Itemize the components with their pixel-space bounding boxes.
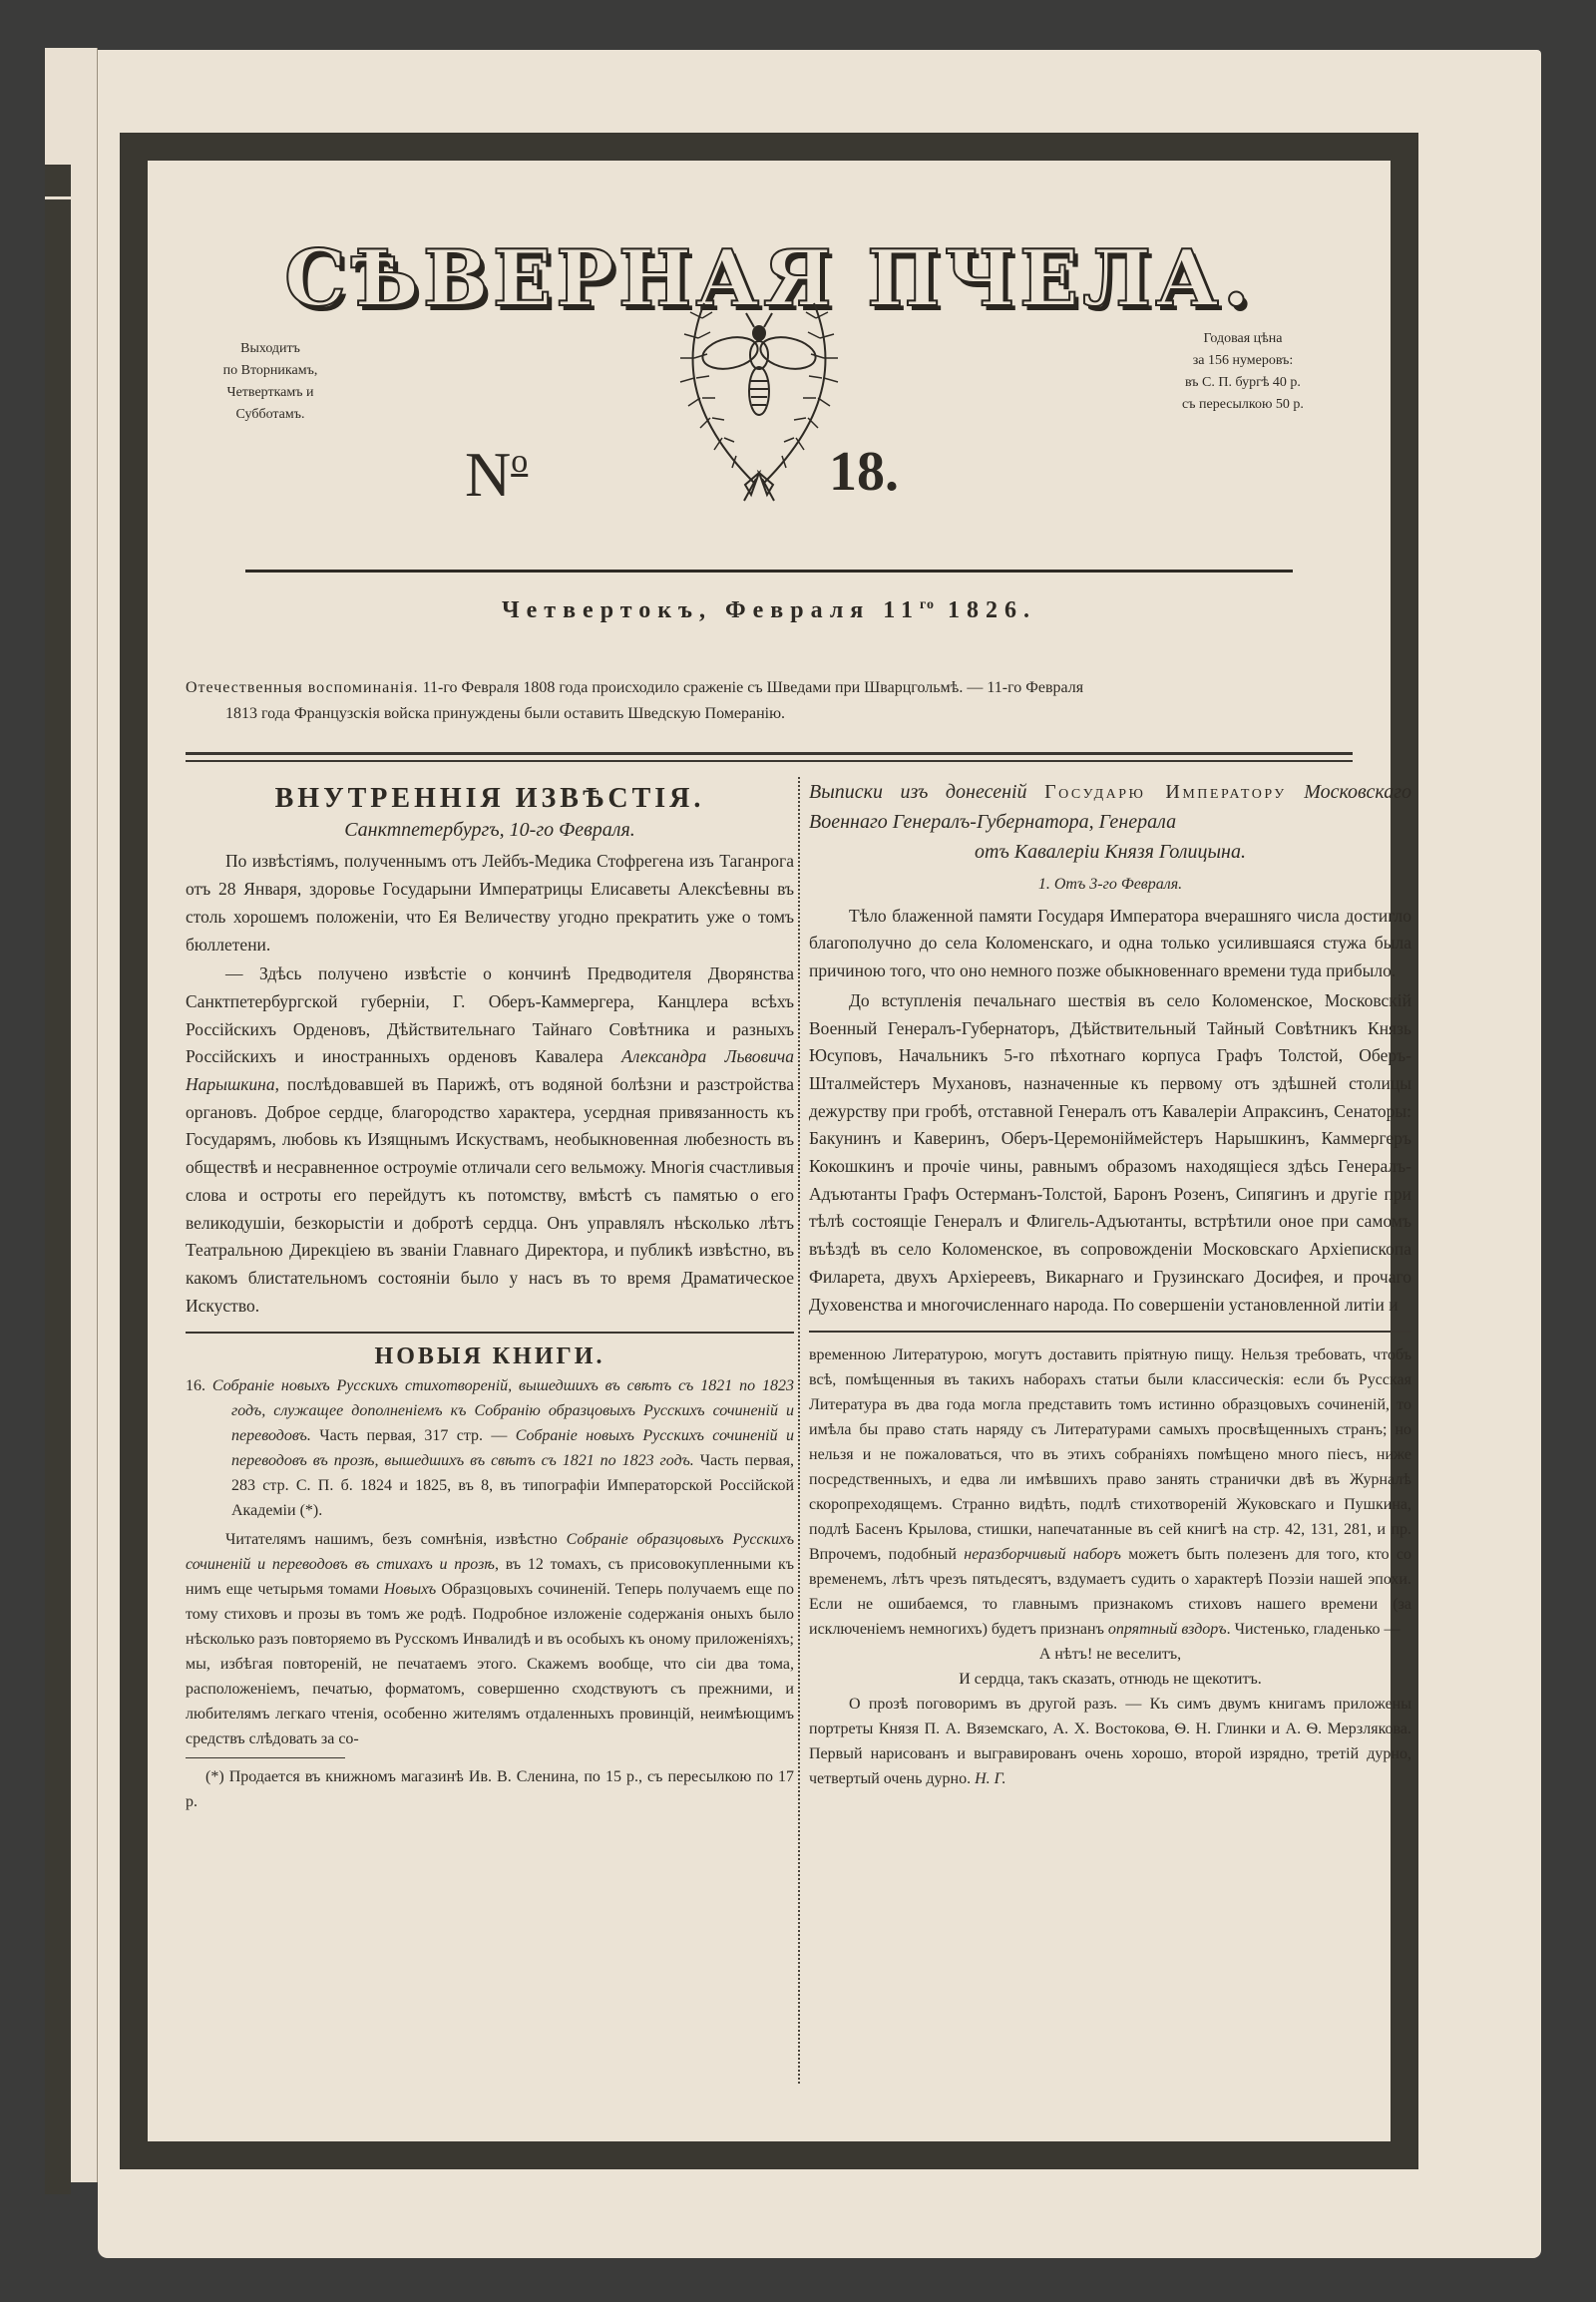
national-memorials: Отечественныя воспоминанія. 11-го Феврал… [186,675,1353,727]
publication-days: Выходитъ по Вторникамъ, Четверткамъ и Су… [196,338,345,426]
verse-line: А нѣтъ! не веселитъ, [809,1642,1411,1667]
emphasis: Новыхъ [384,1581,436,1598]
text-run: О прозѣ поговоримъ въ другой разъ. — Къ … [809,1696,1411,1787]
price-line: за 156 нумеровъ: [1143,350,1343,372]
section-heading-new-books: НОВЫЯ КНИГИ. [186,1343,794,1371]
text-run: , послѣдовавшей въ Парижѣ, отъ водяной б… [186,1074,794,1316]
review-paragraph: Читателямъ нашимъ, безъ сомнѣнія, извѣст… [186,1527,794,1751]
price-line: Годовая цѣна [1143,328,1343,350]
news-paragraph: — Здѣсь получено извѣстіе о кончинѣ Пред… [186,960,794,1320]
report-heading: Выписки изъ донесеній Государю Император… [809,777,1411,837]
news-dateline: Санктпетербургъ, 10-го Февраля. [186,817,794,845]
price-line: въ С. П. бургѣ 40 р. [1143,372,1343,394]
footnote: (*) Продается въ книжномъ магазинѣ Ив. В… [186,1764,794,1814]
bee-wreath-icon [664,293,854,503]
memorial-text: 1813 года Французскія войска принуждены … [186,701,1353,727]
emphasis: опрятный вздоръ [1108,1621,1227,1638]
emphasis: неразборчивый наборъ [964,1546,1121,1563]
section-rule [809,1331,1411,1333]
dateline-daynum: 11 [883,597,920,623]
text-run: Выписки изъ донесеній [809,781,1044,803]
annual-price: Годовая цѣна за 156 нумеровъ: въ С. П. б… [1143,328,1343,416]
dateline-month: Февраля [725,597,870,623]
text-run: . Чистенько, гладенько — [1227,1621,1400,1638]
text-run: временною Литературою, могутъ доставить … [809,1346,1411,1563]
memorial-text: 11-го Февраля 1808 года происходило сраж… [423,679,1084,696]
text-run: Читателямъ нашимъ, безъ сомнѣнія, извѣст… [225,1531,567,1548]
dateline-day: Четвертокъ, [502,597,712,623]
left-column: ВНУТРЕННІЯ ИЗВѢСТІЯ. Санктпетербургъ, 10… [186,777,794,1816]
report-paragraph: Тѣло блаженной памяти Государя Император… [809,903,1411,985]
adjacent-border-fragment [45,199,71,2194]
right-column: Выписки изъ донесеній Государю Император… [809,777,1411,1793]
report-heading-end: отъ Кавалеріи Князя Голицына. [809,837,1411,867]
pub-days-line: Субботамъ. [196,404,345,426]
dateline-year: 1826. [948,597,1036,623]
memorial-label: Отечественныя воспоминанія. [186,679,419,696]
issue-dateline: Четвертокъ, Февраля 11го 1826. [176,597,1363,624]
book-listing: 16. Собраніе новыхъ Русскихъ стихотворен… [186,1373,794,1523]
news-paragraph: По извѣстіямъ, полученнымъ отъ Лейбъ-Мед… [186,848,794,959]
book-number: 16. [186,1377,205,1394]
author-signature: Н. Г. [975,1770,1005,1787]
dateline-suffix: го [920,597,935,612]
report-paragraph: До вступленія печальнаго шествія въ село… [809,987,1411,1319]
section-rule [186,1332,794,1334]
header-double-rule [186,752,1353,762]
adjacent-page-edge [45,48,98,2182]
adjacent-border-fragment [45,165,71,196]
section-heading-domestic-news: ВНУТРЕННІЯ ИЗВѢСТІЯ. [186,785,794,813]
verse-line: И сердца, такъ сказать, отнюдь не щекоти… [809,1667,1411,1692]
page-border-frame: СѢВЕРНАЯ ПЧЕЛА. Выходитъ по Вторникамъ, … [120,133,1418,2169]
review-continuation: временною Литературою, могутъ доставить … [809,1343,1411,1642]
pub-days-line: Четверткамъ и [196,382,345,404]
text-run: Государю Императору [1044,781,1287,803]
footnote-rule [186,1757,345,1758]
pub-days-line: по Вторникамъ, [196,360,345,382]
text-run: Образцовыхъ сочиненій. Теперь получаемъ … [186,1581,794,1747]
review-paragraph: О прозѣ поговоримъ въ другой разъ. — Къ … [809,1692,1411,1791]
column-divider [798,777,806,2084]
pub-days-line: Выходитъ [196,338,345,360]
report-subheading: 1. Отъ 3-го Февраля. [809,871,1411,899]
text-run: Часть первая, 317 стр. — [311,1427,516,1444]
masthead-rule [245,570,1293,573]
number-sign: No [465,438,528,512]
price-line: съ пересылкою 50 р. [1143,394,1343,416]
